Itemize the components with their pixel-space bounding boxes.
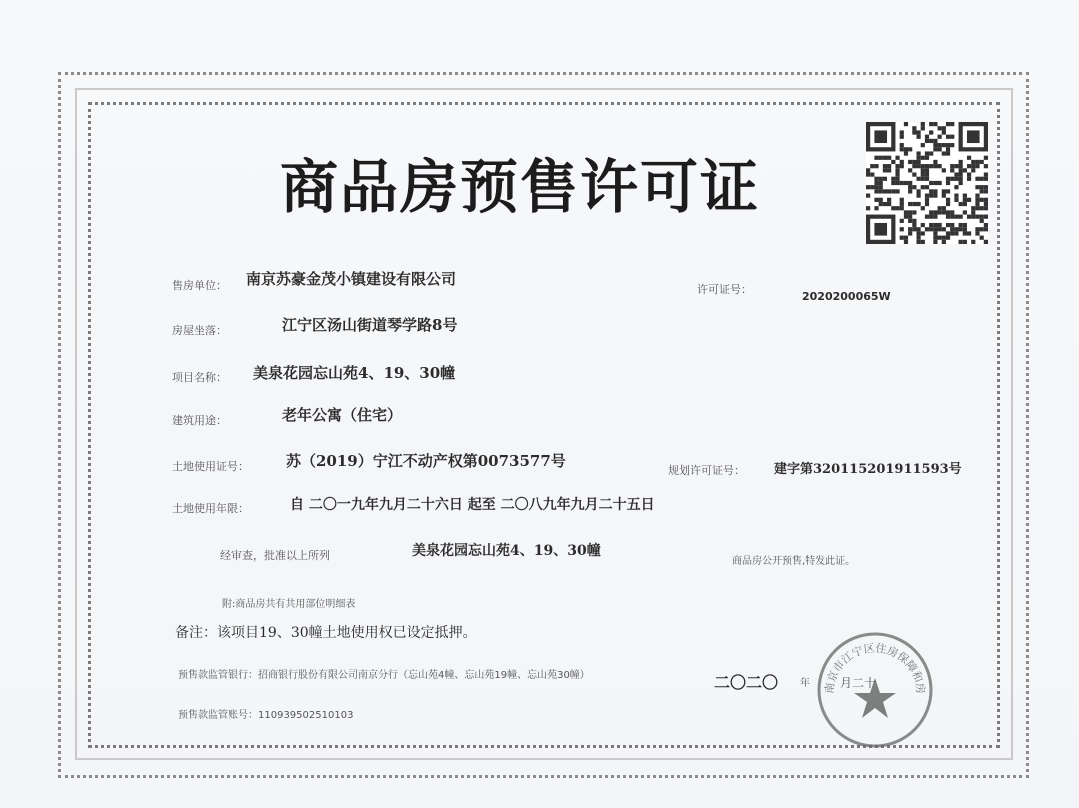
approval-suffix: 商品房公开预售,特发此证。: [732, 552, 855, 567]
bank-value: 招商银行股份有限公司南京分行（忘山苑4幢、忘山苑19幢、忘山苑30幢）: [258, 670, 590, 681]
issue-year: 二〇二〇: [714, 670, 778, 693]
svg-text:南京市江宁区住房保障和房产局: 南京市江宁区住房保障和房产局: [815, 630, 928, 695]
seal-text: 南京市江宁区住房保障和房产局: [815, 630, 928, 695]
usage-value: 老年公寓（住宅）: [282, 404, 402, 425]
land-cert-label: 土地使用证号：: [172, 458, 249, 474]
official-seal-icon: 南京市江宁区住房保障和房产局: [815, 630, 935, 750]
issue-year-suffix: 年: [800, 674, 810, 689]
planning-permit-label: 规划许可证号：: [668, 462, 745, 478]
usage-label: 建筑用途：: [172, 412, 227, 428]
account-value: 110939502510103: [258, 710, 353, 721]
location-value: 江宁区汤山街道琴学路8号: [282, 314, 457, 335]
seller-label: 售房单位：: [172, 277, 227, 293]
project-label: 项目名称：: [172, 369, 227, 385]
permit-no-value: 2020200065W: [802, 290, 891, 303]
land-term-value: 自 二〇一九年九月二十六日 起至 二〇八九年九月二十五日: [290, 494, 655, 514]
attachment-text: 附:商品房共有共用部位明细表: [222, 595, 355, 610]
permit-no-label: 许可证号：: [697, 281, 752, 297]
qr-code-icon: [866, 122, 988, 244]
approval-project: 美泉花园忘山苑4、19、30幢: [412, 540, 601, 560]
remark-text: 备注：该项目19、30幢土地使用权已设定抵押。: [175, 622, 477, 642]
land-term-label: 土地使用年限：: [172, 500, 249, 516]
bank-label: 预售款监管银行：: [178, 670, 258, 681]
seller-value: 南京苏豪金茂小镇建设有限公司: [246, 268, 456, 289]
certificate-title: 商品房预售许可证: [280, 140, 760, 224]
bank-info: 预售款监管银行：招商银行股份有限公司南京分行（忘山苑4幢、忘山苑19幢、忘山苑3…: [178, 668, 713, 684]
account-label: 预售款监管账号：: [178, 710, 258, 721]
project-value: 美泉花园忘山苑4、19、30幢: [253, 362, 455, 383]
location-label: 房屋坐落：: [172, 322, 227, 338]
account-info: 预售款监管账号：110939502510103: [178, 706, 353, 721]
approval-prefix: 经审查，批准以上所列: [220, 547, 330, 563]
land-cert-value: 苏（2019）宁江不动产权第0073577号: [286, 450, 566, 471]
certificate-paper: 商品房预售许可证 售房单位： 南京苏豪金茂小镇建设有限公司 许可证号： 2020…: [0, 0, 1079, 808]
planning-permit-value: 建字第320115201911593号: [774, 458, 962, 477]
